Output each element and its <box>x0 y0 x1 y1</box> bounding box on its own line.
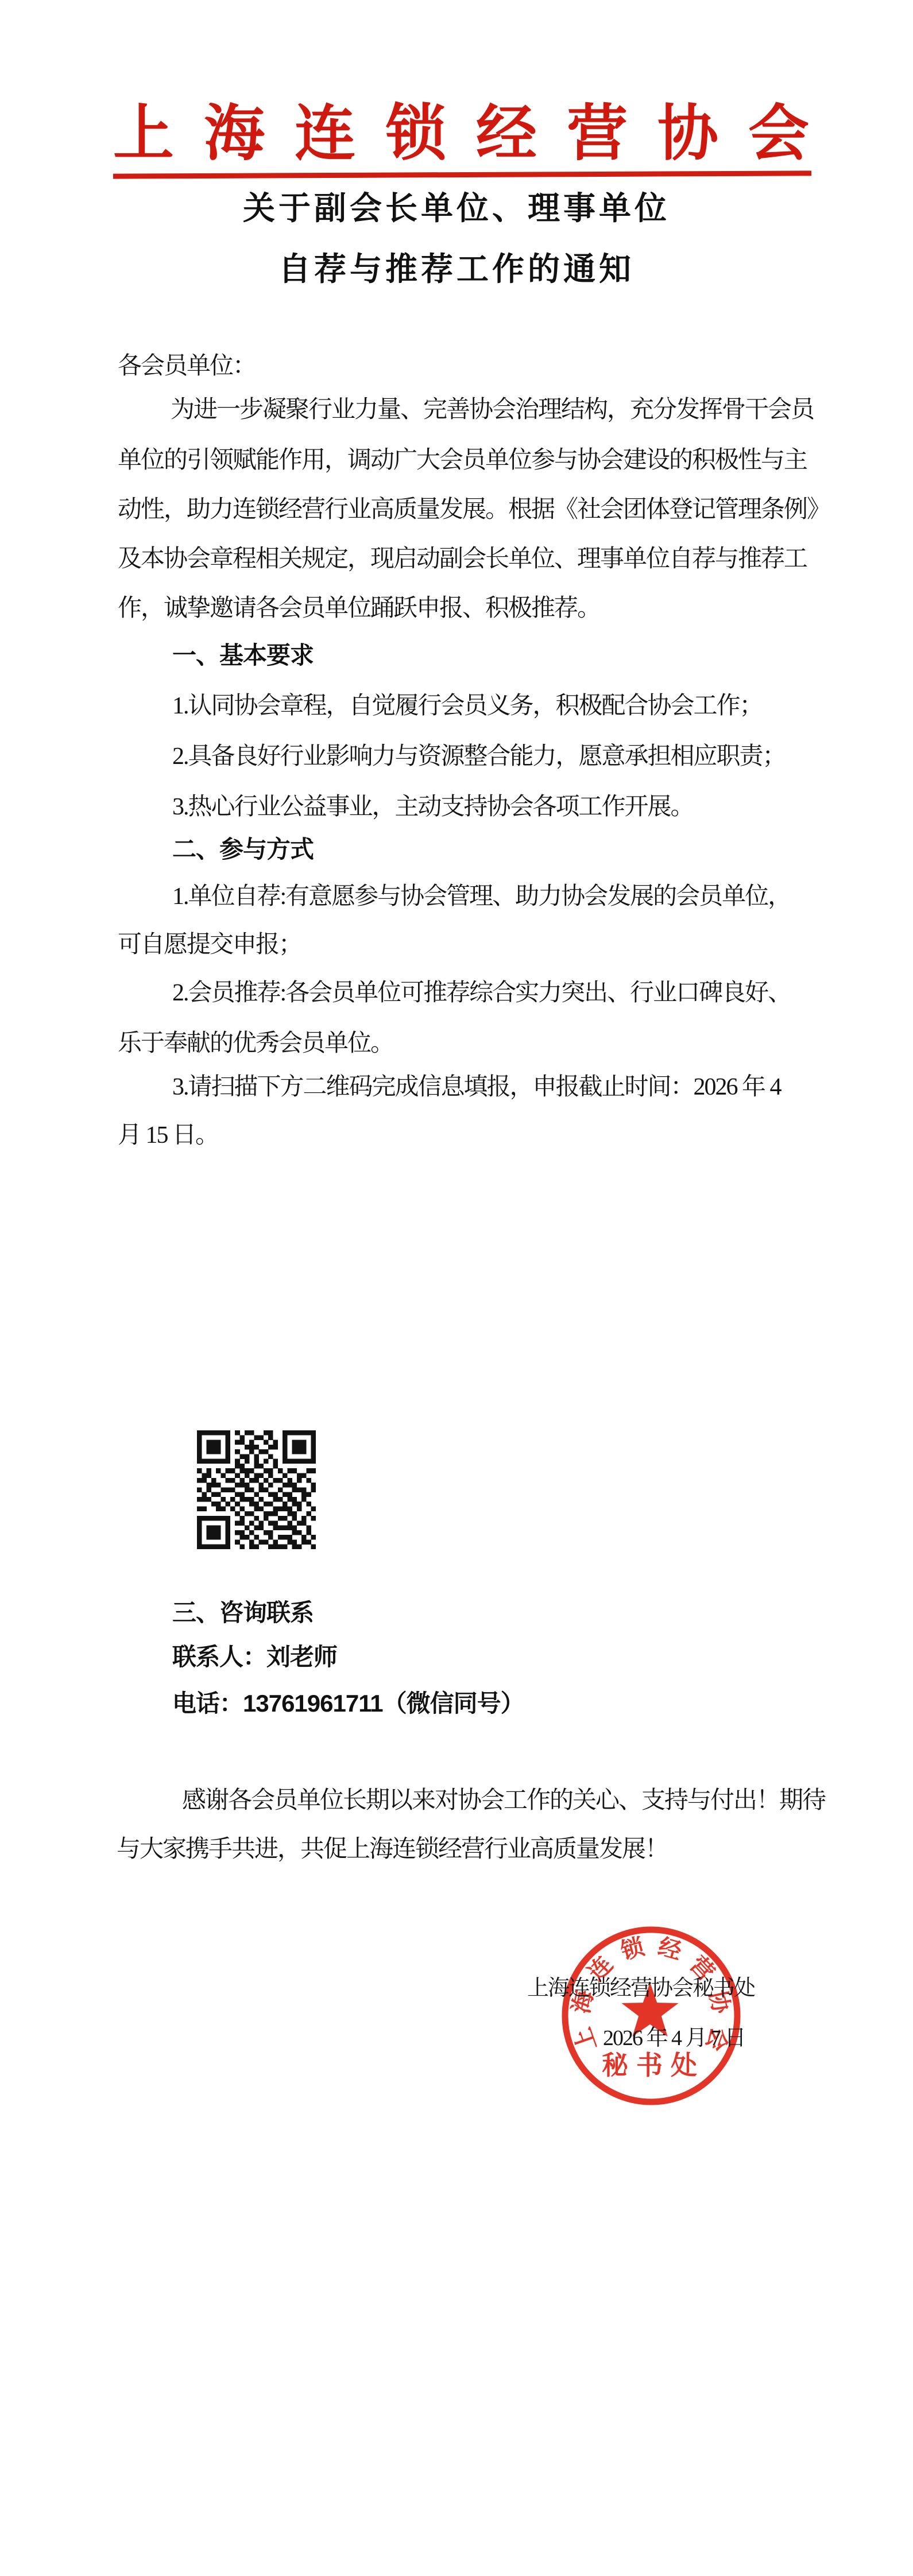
document-line: 电话：13761961711（微信同号） <box>172 1690 524 1717</box>
document-line: 单位的引领赋能作用，调动广大会员单位参与协会建设的积极性与主 <box>118 447 807 474</box>
document-line: 为进一步凝聚行业力量、完善协会治理结构，充分发挥骨干会员 <box>171 396 814 424</box>
document-line: 1.认同协会章程，自觉履行会员义务，积极配合协会工作； <box>172 692 763 720</box>
qr-code-image <box>197 1430 316 1549</box>
scanned-notice-page: 上海连锁经营协会 关于副会长单位、理事单位 自荐与推荐工作的通知 上海连锁经营协… <box>0 0 913 2576</box>
seal-bottom-text: 秘书处 <box>602 2051 705 2080</box>
notice-title-line-1: 关于副会长单位、理事单位 <box>0 192 913 226</box>
document-line: 一、基本要求 <box>172 642 314 669</box>
organization-title: 上海连锁经营协会 <box>113 102 839 166</box>
document-line: 动性，助力连锁经营行业高质量发展。根据《社会团体登记管理条例》 <box>118 496 830 523</box>
document-line: 3.热心行业公益事业，主动支持协会各项工作开展。 <box>172 793 694 821</box>
notice-title-line-2: 自荐与推荐工作的通知 <box>0 253 913 287</box>
document-line: 及本协会章程相关规定，现启动副会长单位、理事单位自荐与推荐工 <box>118 545 807 573</box>
document-line: 月 15 日。 <box>118 1122 218 1149</box>
document-line: 1.单位自荐:有意愿参与协会管理、助力协会发展的会员单位， <box>172 883 791 910</box>
header-divider-rule <box>113 170 811 179</box>
document-line: 二、参与方式 <box>172 836 314 863</box>
qr-code <box>197 1430 316 1549</box>
document-line: 2.具备良好行业影响力与资源整合能力，愿意承担相应职责； <box>172 743 786 770</box>
document-line: 2.会员推荐:各会员单位可推荐综合实力突出、行业口碑良好、 <box>172 979 791 1007</box>
document-line: 乐于奉献的优秀会员单位。 <box>118 1030 393 1057</box>
document-line: 与大家携手共进，共促上海连锁经营行业高质量发展！ <box>117 1836 668 1863</box>
document-line: 2026 年 4 月 7 日 <box>603 2026 745 2051</box>
document-line: 3.请扫描下方二维码完成信息填报，申报截止时间：2026 年 4 <box>172 1073 781 1101</box>
document-line: 上海连锁经营协会秘书处 <box>527 1976 755 2001</box>
official-seal-stamp: 上海连锁经营协会 秘书处 <box>555 1919 748 2112</box>
document-line: 各会员单位： <box>118 352 256 380</box>
document-line: 作，诚挚邀请各会员单位踊跃申报、积极推荐。 <box>118 595 600 622</box>
document-line: 三、咨询联系 <box>172 1599 314 1627</box>
document-line: 联系人：刘老师 <box>172 1643 337 1671</box>
document-line: 可自愿提交申报； <box>118 931 301 959</box>
document-line: 感谢各会员单位长期以来对协会工作的关心、支持与付出！期待 <box>182 1787 825 1814</box>
